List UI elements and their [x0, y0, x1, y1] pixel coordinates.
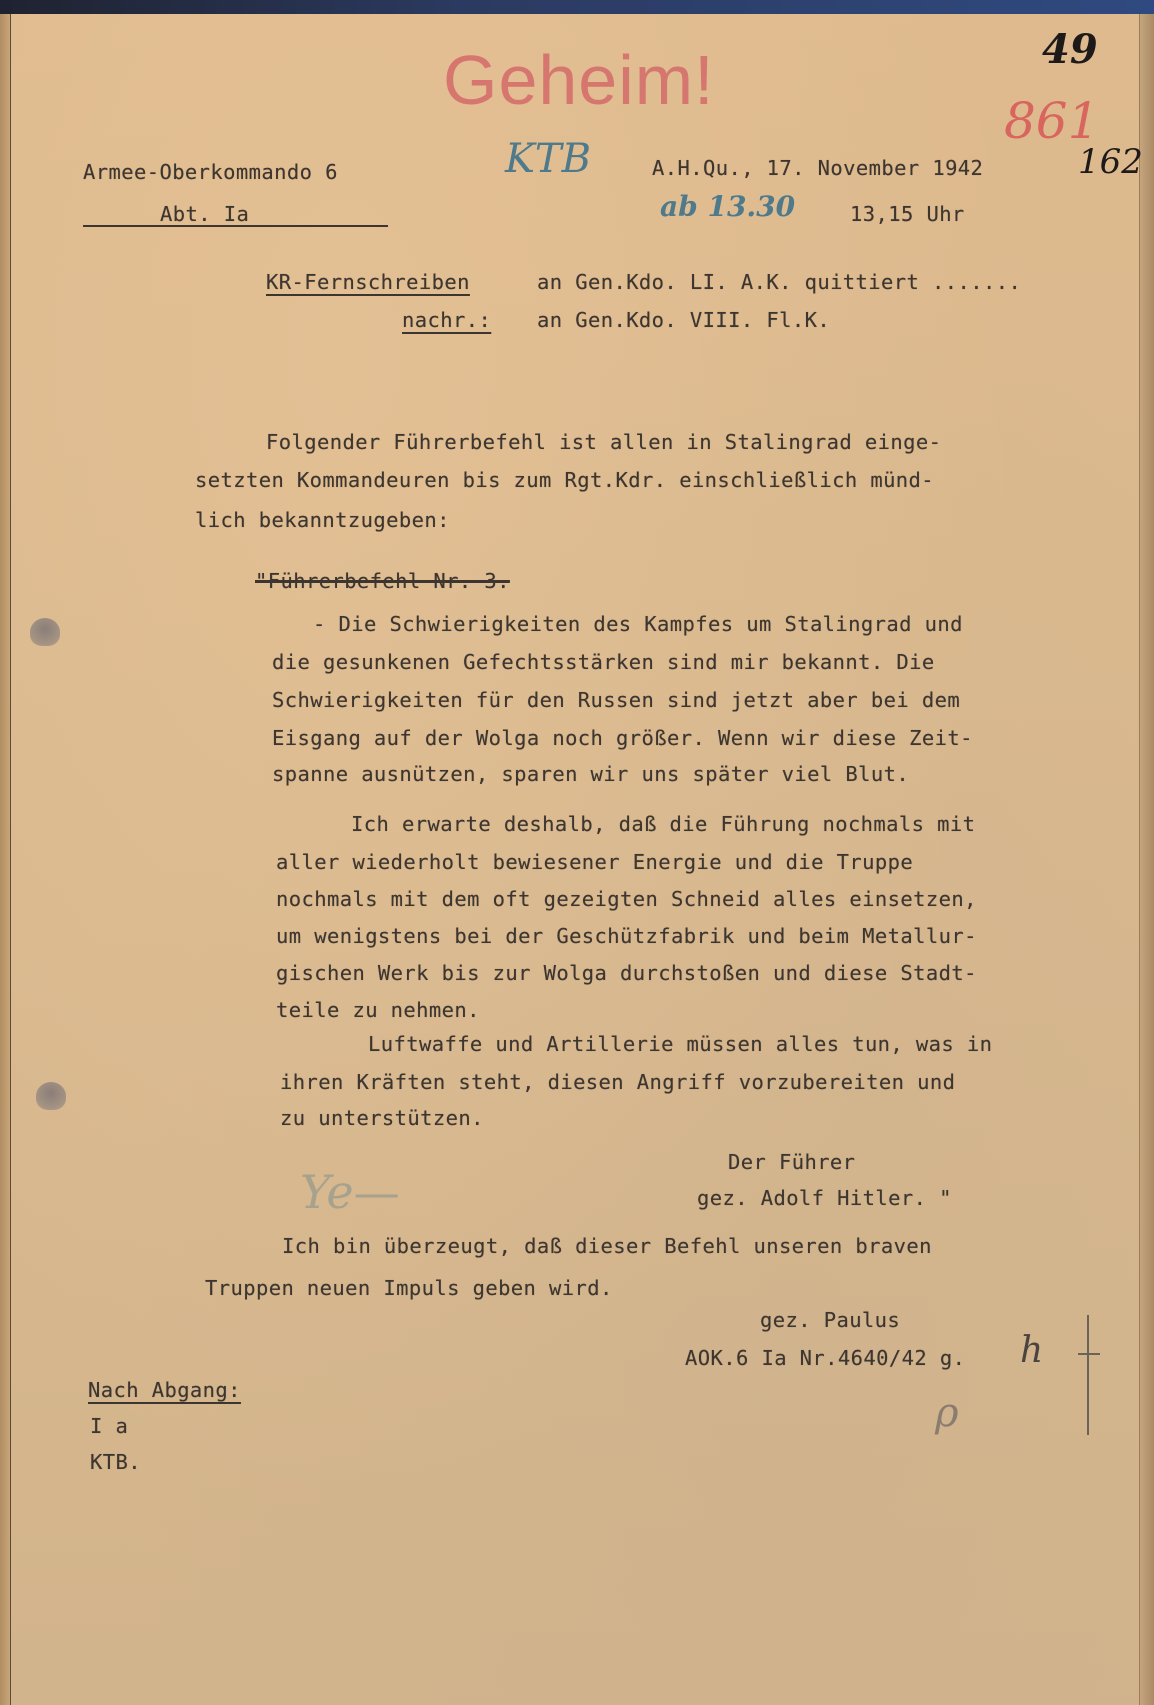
order-para1-line: spanne ausnützen, sparen wir uns später …	[272, 762, 909, 786]
order-title-struck: "Führerbefehl Nr. 3.	[255, 569, 510, 593]
place-date: A.H.Qu., 17. November 1942	[652, 156, 983, 180]
secret-stamp: Geheim!	[443, 40, 715, 120]
routing-recipient: an Gen.Kdo. LI. A.K. quittiert .......	[537, 270, 1021, 294]
order-para2-line: nochmals mit dem oft gezeigten Schneid a…	[276, 887, 977, 911]
sender-underline	[83, 225, 388, 227]
closing-line: Truppen neuen Impuls geben wird.	[205, 1276, 613, 1300]
order-para1-line: - Die Schwierigkeiten des Kampfes um Sta…	[313, 612, 963, 636]
sender-signature: gez. Paulus	[760, 1308, 900, 1332]
sender-line1: Armee-Oberkommando 6	[83, 160, 338, 184]
distribution-item: I a	[90, 1414, 128, 1438]
order-para3-line: Luftwaffe und Artillerie müssen alles tu…	[368, 1032, 992, 1056]
order-para2-line: aller wiederholt bewiesener Energie und …	[276, 850, 913, 874]
closing-line: Ich bin überzeugt, daß dieser Befehl uns…	[282, 1234, 932, 1258]
distribution-label: Nach Abgang:	[88, 1378, 241, 1402]
punch-hole-lower	[36, 1082, 66, 1110]
punch-hole-upper	[30, 618, 60, 646]
order-para1-line: die gesunkenen Gefechtsstärken sind mir …	[272, 650, 935, 674]
archive-page-number: 49	[1042, 26, 1098, 73]
sender-line2: Abt. Ia	[160, 202, 249, 226]
intro-line: lich bekanntzugeben:	[195, 508, 450, 532]
pencil-vertical-mark	[1087, 1315, 1089, 1435]
time: 13,15 Uhr	[850, 202, 965, 226]
handwritten-time: ab 13.30	[660, 190, 795, 223]
reference-number: AOK.6 Ia Nr.4640/42 g.	[685, 1346, 965, 1370]
routing-label-teletype: KR-Fernschreiben	[266, 270, 470, 294]
order-signature-title: Der Führer	[728, 1150, 855, 1174]
distribution-item: KTB.	[90, 1450, 141, 1474]
initials-mark: h	[1020, 1330, 1043, 1371]
page-right-edge	[1139, 14, 1154, 1705]
order-para3-line: ihren Kräften steht, diesen Angriff vorz…	[280, 1070, 955, 1094]
order-para2-line: um wenigstens bei der Geschützfabrik und…	[276, 924, 977, 948]
pencil-cross-mark	[1078, 1353, 1100, 1355]
intro-line: Folgender Führerbefehl ist allen in Stal…	[266, 430, 941, 454]
routing-info-recipient: an Gen.Kdo. VIII. Fl.K.	[537, 308, 830, 332]
pencil-initial: ρ	[935, 1390, 959, 1436]
order-para2-line: teile zu nehmen.	[276, 998, 480, 1022]
order-para2-line: Ich erwarte deshalb, daß die Führung noc…	[351, 812, 975, 836]
order-para1-line: Eisgang auf der Wolga noch größer. Wenn …	[272, 726, 973, 750]
order-para3-line: zu unterstützen.	[280, 1106, 484, 1130]
order-para1-line: Schwierigkeiten für den Russen sind jetz…	[272, 688, 960, 712]
order-signature-name: gez. Adolf Hitler. "	[697, 1186, 952, 1210]
routing-label-info: nachr.:	[402, 308, 491, 332]
archive-folio-number: 162	[1078, 142, 1143, 182]
order-para2-line: gischen Werk bis zur Wolga durchstoßen u…	[276, 961, 977, 985]
binding-edge	[0, 14, 11, 1705]
intro-line: setzten Kommandeuren bis zum Rgt.Kdr. ei…	[195, 468, 934, 492]
handwritten-ktb: KTB	[505, 136, 591, 182]
faint-handwritten-mark: Ye—	[300, 1165, 400, 1219]
